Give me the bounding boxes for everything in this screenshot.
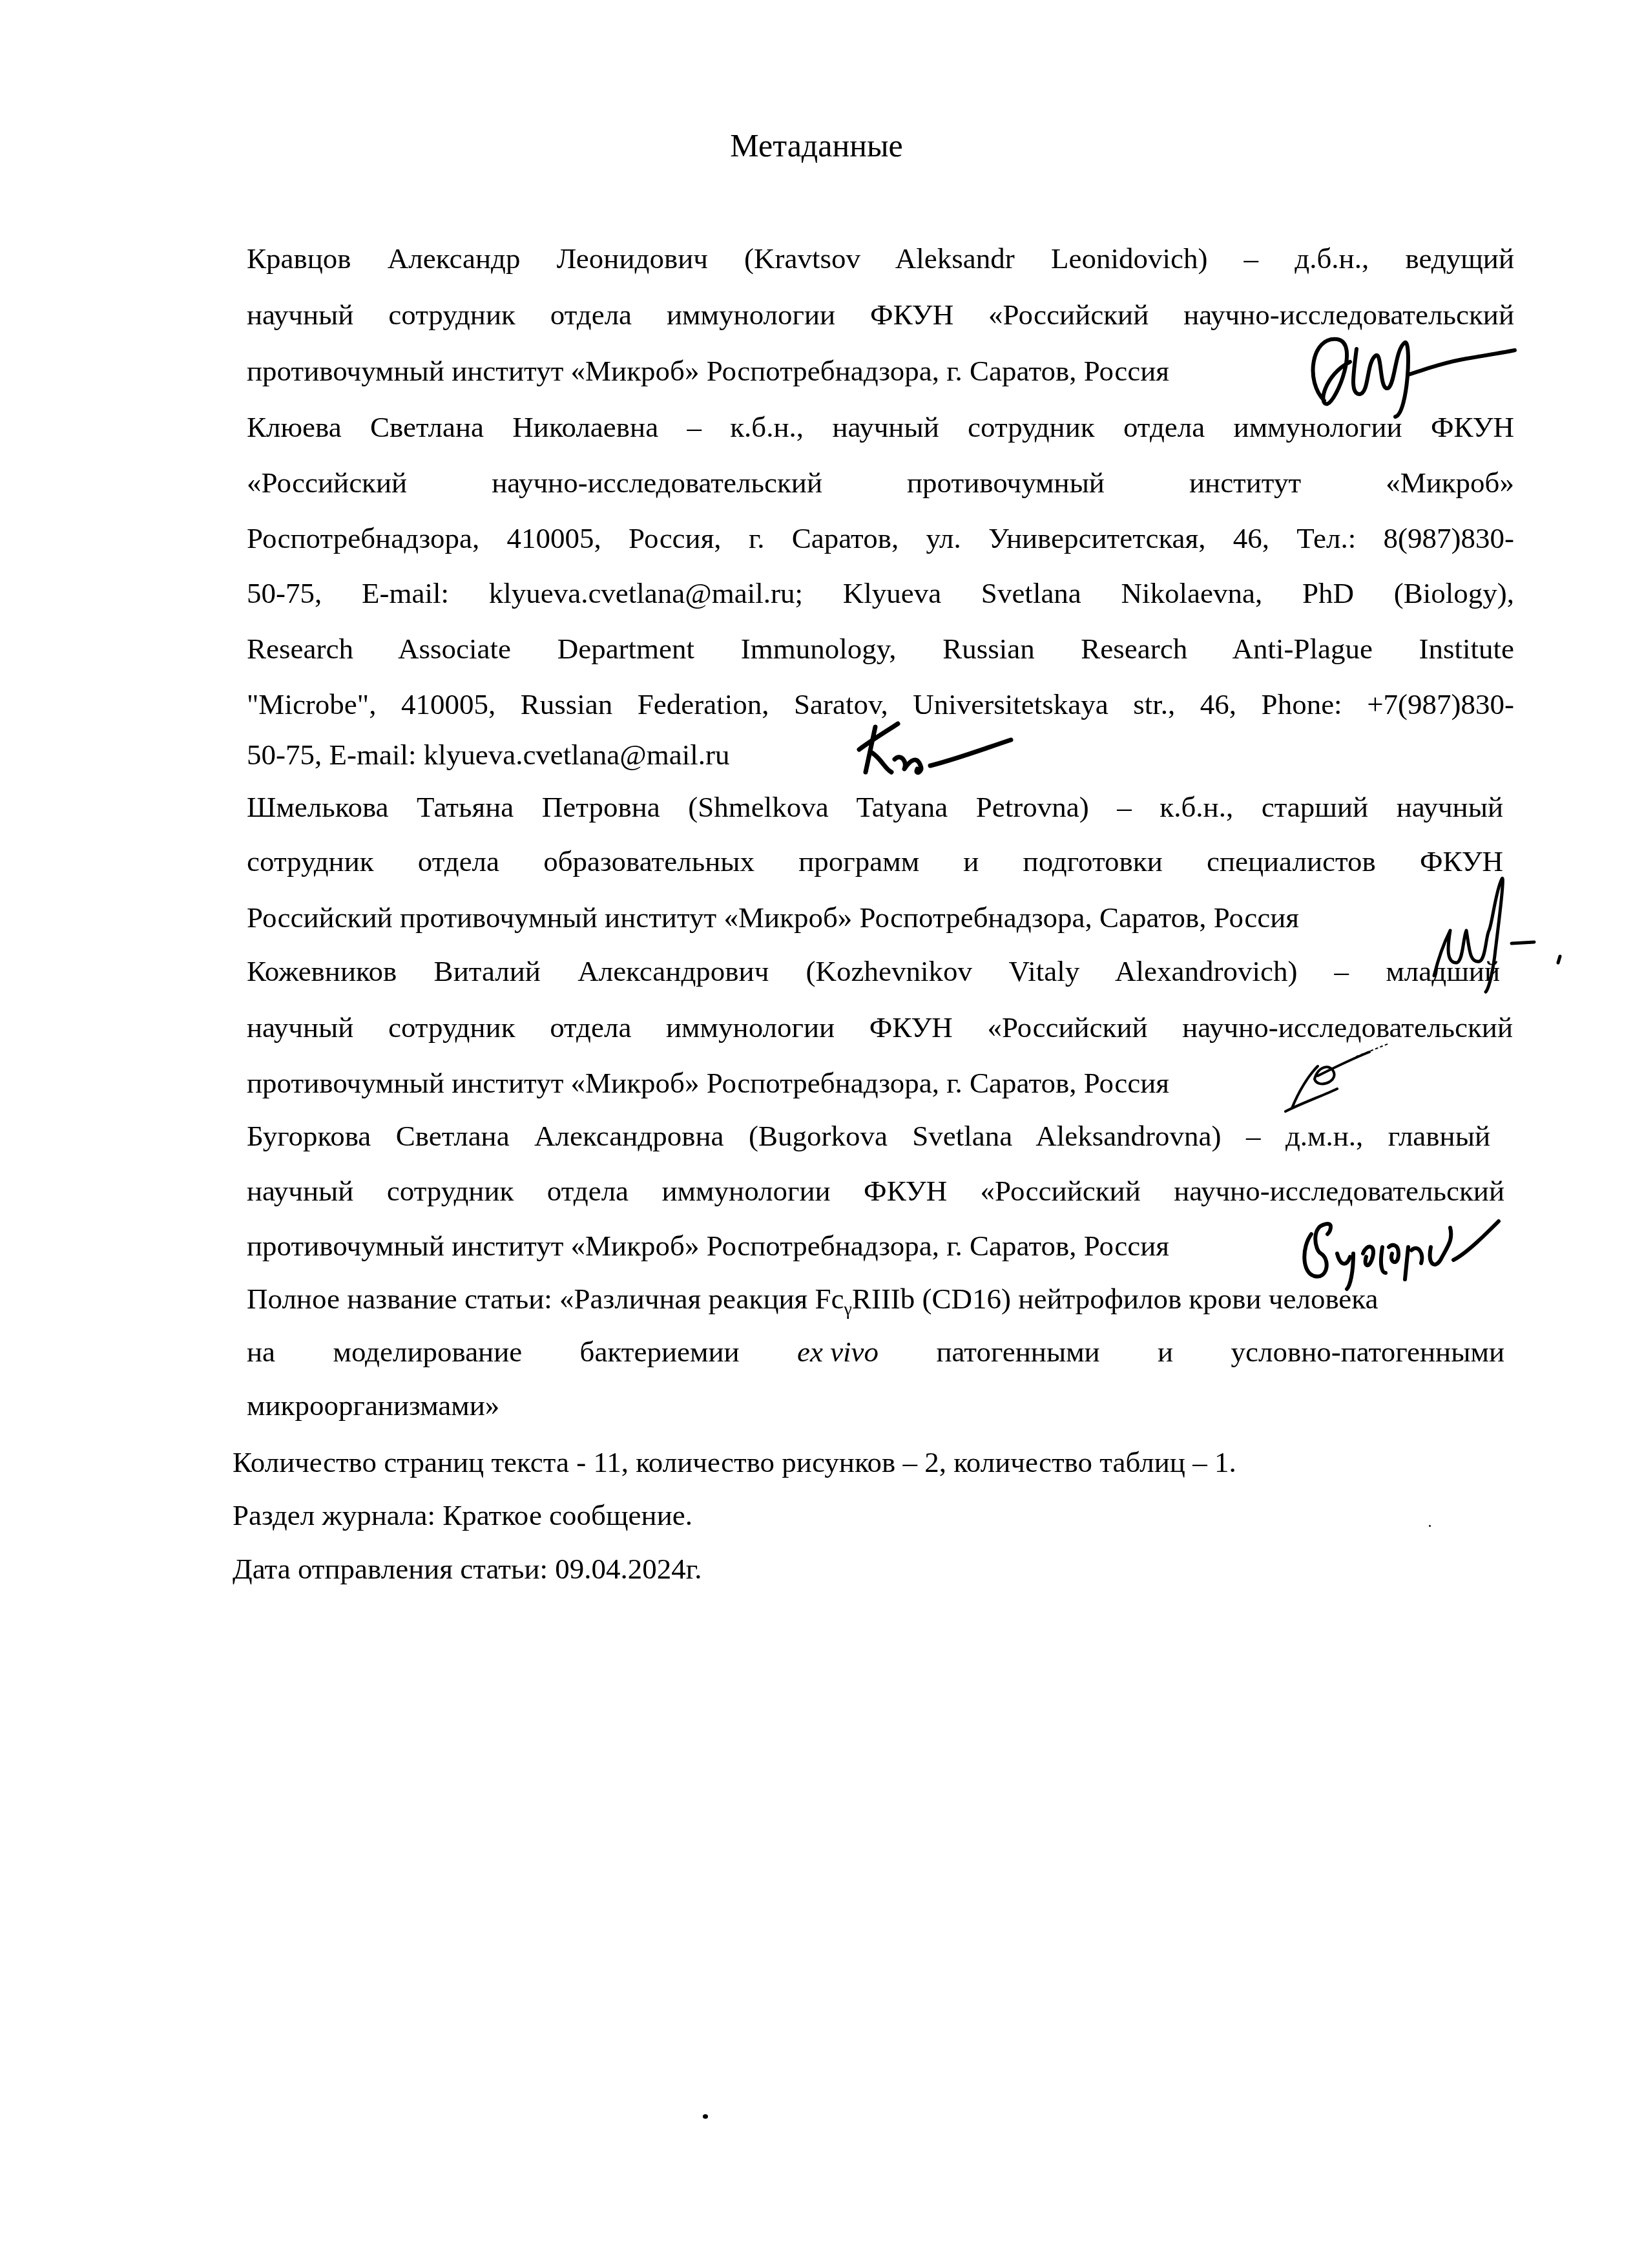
article-title-text: бактериемии	[580, 1332, 740, 1371]
author-line: научный сотрудник отдела иммунологии ФКУ…	[247, 1171, 1504, 1210]
author-line: противочумный институт «Микроб» Роспотре…	[247, 1226, 1169, 1265]
author-line: «Российский научно-исследовательский про…	[247, 463, 1514, 502]
article-title-text: моделирование	[333, 1332, 522, 1371]
article-title-text: на	[247, 1332, 275, 1371]
author-line: Research Associate Department Immunology…	[247, 629, 1514, 668]
author-line: Роспотребнадзора, 410005, Россия, г. Сар…	[247, 519, 1514, 558]
author-line: Кравцов Александр Леонидович (Kravtsov A…	[247, 239, 1514, 278]
author-line: Шмелькова Татьяна Петровна (Shmelkova Ta…	[247, 788, 1503, 826]
submission-date: Дата отправления статьи: 09.04.2024г.	[233, 1549, 702, 1588]
signature-klyueva	[853, 714, 1021, 785]
author-line: "Microbe", 410005, Russian Federation, S…	[247, 685, 1514, 724]
author-line: Российский противочумный институт «Микро…	[247, 898, 1299, 937]
document-page: Метаданные Кравцов Александр Леонидович …	[0, 0, 1633, 2268]
scan-speck	[1429, 1525, 1431, 1527]
page-title: Метаданные	[0, 126, 1633, 165]
author-line: 50-75, E-mail: klyueva.cvetlana@mail.ru;…	[247, 574, 1514, 613]
author-line: сотрудник отдела образовательных програм…	[247, 842, 1503, 881]
article-title-text: и	[1158, 1332, 1173, 1371]
author-line: противочумный институт «Микроб» Роспотре…	[247, 1064, 1169, 1102]
article-title-italic: ex vivo	[797, 1332, 879, 1371]
article-title-line: микроорганизмами»	[247, 1386, 499, 1425]
author-line: научный сотрудник отдела иммунологии ФКУ…	[247, 295, 1514, 334]
journal-section: Раздел журнала: Краткое сообщение.	[233, 1496, 692, 1535]
article-title-line: Полное название статьи: «Различная реакц…	[247, 1279, 1504, 1329]
author-line: 50-75, E-mail: klyueva.cvetlana@mail.ru	[247, 735, 729, 774]
article-title-line: на моделирование бактериемии ex vivo пат…	[247, 1332, 1504, 1371]
article-title-text: условно-патогенными	[1231, 1332, 1504, 1371]
signature-kozhevnikov	[1279, 1040, 1395, 1118]
page-counts: Количество страниц текста - 11, количест…	[233, 1443, 1236, 1482]
signature-kravtsov	[1298, 323, 1518, 420]
scan-speck	[703, 2114, 708, 2119]
author-line: Кожевников Виталий Александрович (Kozhev…	[247, 952, 1500, 991]
author-line: Клюева Светлана Николаевна – к.б.н., нау…	[247, 408, 1514, 446]
article-title-text: Полное название статьи: «Различная реакц…	[247, 1279, 1378, 1329]
article-title-text: патогенными	[936, 1332, 1099, 1371]
author-line: противочумный институт «Микроб» Роспотре…	[247, 352, 1169, 390]
author-line: Бугоркова Светлана Александровна (Bugork…	[247, 1117, 1490, 1155]
author-line: научный сотрудник отдела иммунологии ФКУ…	[247, 1008, 1513, 1047]
